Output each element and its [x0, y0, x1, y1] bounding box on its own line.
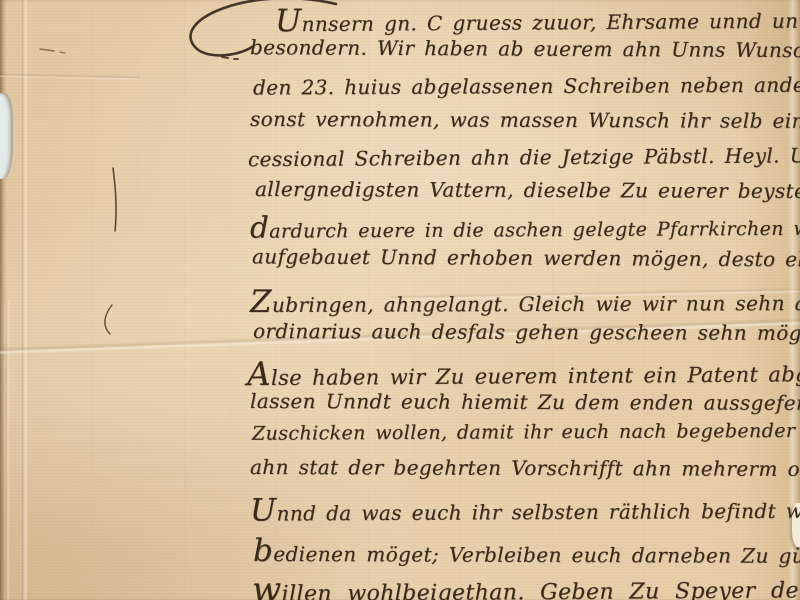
manuscript-line-6: allergnedigsten Vattern, dieselbe Zu eue…: [255, 179, 800, 201]
manuscript-line-9: Zubringen, ahngelangt. Gleich wie wir nu…: [250, 285, 800, 318]
manuscript-line-2: besondern. Wir haben ab euerem ahn Unns …: [250, 37, 800, 61]
ink-specks: [222, 57, 238, 59]
manuscript-line-17: willen wohlbeigethan. Geben Zu Speyer de…: [252, 569, 800, 600]
manuscript-line-15: Unnd da was euch ihr selbsten räthlich b…: [250, 492, 800, 526]
stray-pen-curve: [105, 305, 112, 334]
margin-ink-specks: [40, 49, 65, 53]
manuscript-line-4: sonst vernohmen, was massen Wunsch ihr s…: [250, 109, 800, 131]
manuscript-line-14: ahn stat der begehrten Vorschrifft ahn m…: [250, 457, 800, 479]
manuscript-line-3: den 23. huius abgelassenen Schreiben neb…: [253, 74, 800, 97]
manuscript-line-16: bedienen möget; Verbleiben euch darneben…: [253, 536, 800, 569]
manuscript-line-12: lassen Unndt euch hiemit Zu dem enden au…: [250, 391, 800, 413]
manuscript-line-7: dardurch euere in die aschen gelegte Pfa…: [250, 210, 800, 243]
manuscript-line-13: Zuschicken wollen, damit ihr euch nach b…: [252, 421, 800, 444]
stray-pen-stroke: [113, 168, 116, 231]
manuscript-line-8: aufgebauet Unnd erhoben werden mögen, de…: [252, 246, 800, 269]
manuscript-line-5: cessional Schreiben ahn die Jetzige Päbs…: [248, 145, 800, 169]
manuscript-line-10: ordinarius auch desfals gehen gescheen s…: [253, 321, 800, 343]
manuscript-line-11: Alse haben wir Zu euerem intent ein Pate…: [247, 354, 800, 391]
manuscript-scan: Unnsern gn. C gruess zuuor, Ehrsame unnd…: [0, 0, 800, 600]
manuscript-line-1: Unnsern gn. C gruess zuuor, Ehrsame unnd…: [275, 2, 800, 38]
